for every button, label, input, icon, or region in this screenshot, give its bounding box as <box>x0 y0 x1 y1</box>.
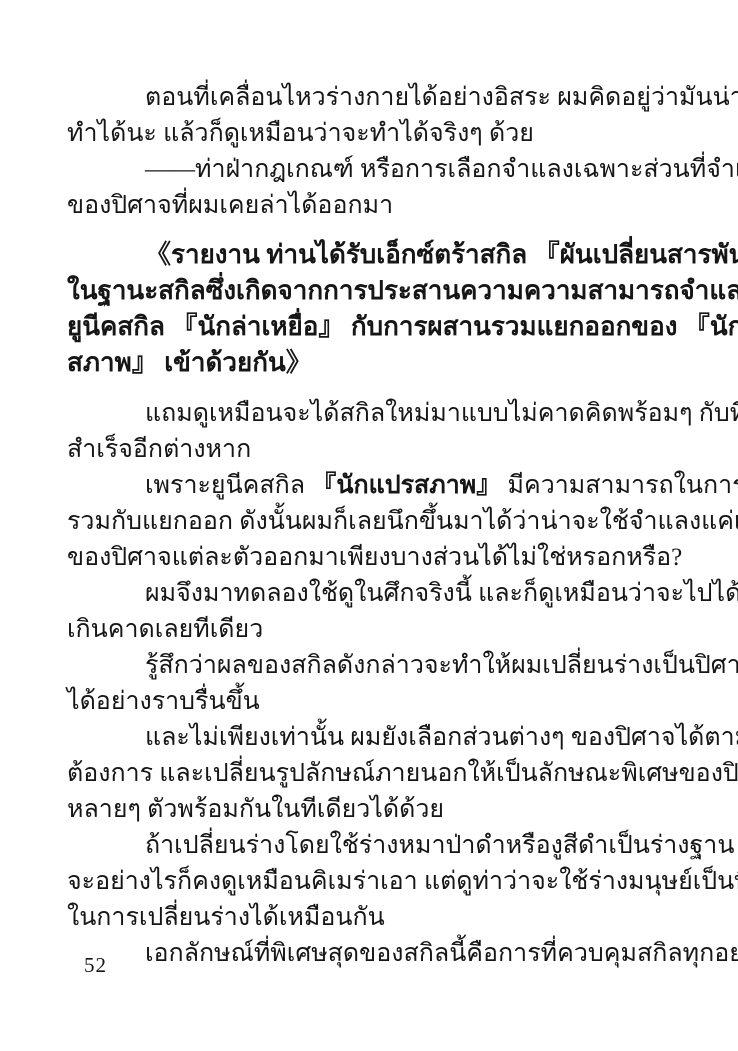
text-segment: เพราะยูนีคสกิล <box>145 472 311 499</box>
text-line: หลายๆ ตัวพร้อมกันในทีเดียวได้ด้วย <box>67 792 656 828</box>
text-segment: และไม่เพียงเท่านั้น ผมยังเลือกส่วนต่างๆ … <box>145 724 738 751</box>
text-segment: หลายๆ ตัวพร้อมกันในทีเดียวได้ด้วย <box>67 796 444 823</box>
text-segment: จะอย่างไรก็คงดูเหมือนคิเมร่าเอา แต่ดูท่า… <box>67 868 738 895</box>
text-line: ในฐานะสกิลซึ่งเกิดจากการประสานความความสา… <box>67 273 656 309</box>
text-line: สภาพ』 เข้าด้วยกัน》 <box>67 345 656 381</box>
text-segment: ตอนที่เคลื่อนไหวร่างกายได้อย่างอิสระ ผมค… <box>145 84 738 111</box>
text-segment: ต้องการ และเปลี่ยนรูปลักษณ์ภายนอกให้เป็น… <box>67 760 738 787</box>
text-line: สำเร็จอีกต่างหาก <box>67 432 656 468</box>
text-segment: เกินคาดเลยทีเดียว <box>67 616 263 643</box>
text-segment: ของปิศาจแต่ละตัวออกมาเพียงบางส่วนได้ไม่ใ… <box>67 544 682 571</box>
paragraph: ผมจึงมาทดลองใช้ดูในศึกจริงนี้ และก็ดูเหม… <box>67 576 656 648</box>
text-segment: แถมดูเหมือนจะได้สกิลใหม่มาแบบไม่คาดคิดพร… <box>145 400 738 427</box>
page-text: ตอนที่เคลื่อนไหวร่างกายได้อย่างอิสระ ผมค… <box>67 80 656 972</box>
paragraph: รู้สึกว่าผลของสกิลดังกล่าวจะทำให้ผมเปลี่… <box>67 648 656 720</box>
paragraph: เอกลักษณ์ที่พิเศษสุดของสกิลนี้คือการที่ค… <box>67 936 656 972</box>
text-line: ถ้าเปลี่ยนร่างโดยใช้ร่างหมาป่าดำหรืองูสี… <box>67 828 656 864</box>
paragraph: และไม่เพียงเท่านั้น ผมยังเลือกส่วนต่างๆ … <box>67 720 656 828</box>
text-line: ตอนที่เคลื่อนไหวร่างกายได้อย่างอิสระ ผมค… <box>67 80 656 116</box>
text-line: ยูนีคสกิล 『นักล่าเหยื่อ』 กับการผสานรวมแย… <box>67 309 656 345</box>
text-segment: ของปิศาจที่ผมเคยล่าได้ออกมา <box>67 192 393 219</box>
paragraph: ——ท่าฝ่ากฎเกณฑ์ หรือการเลือกจำแลงเฉพาะส่… <box>67 152 656 224</box>
paragraph: ตอนที่เคลื่อนไหวร่างกายได้อย่างอิสระ ผมค… <box>67 80 656 152</box>
text-segment: 《รายงาน ท่านได้รับเอ็กซ์ตร้าสกิล 『ผันเปล… <box>145 240 738 269</box>
text-segment: รู้สึกว่าผลของสกิลดังกล่าวจะทำให้ผมเปลี่… <box>145 652 738 679</box>
page-number: 52 <box>84 950 107 980</box>
text-segment: รวมกับแยกออก ดังนั้นผมก็เลยนึกขึ้นมาได้ว… <box>67 508 738 535</box>
text-segment: ——ท่าฝ่ากฎเกณฑ์ หรือการเลือกจำแลงเฉพาะส่… <box>145 156 738 183</box>
text-segment: เอกลักษณ์ที่พิเศษสุดของสกิลนี้คือการที่ค… <box>145 940 738 967</box>
text-line: ทำได้นะ แล้วก็ดูเหมือนว่าจะทำได้จริงๆ ด้… <box>67 116 656 152</box>
text-line: เอกลักษณ์ที่พิเศษสุดของสกิลนี้คือการที่ค… <box>67 936 656 972</box>
text-segment: 『นักแปรสภาพ』 <box>311 472 501 499</box>
text-line: 《รายงาน ท่านได้รับเอ็กซ์ตร้าสกิล 『ผันเปล… <box>67 237 656 273</box>
system-message-block: 《รายงาน ท่านได้รับเอ็กซ์ตร้าสกิล 『ผันเปล… <box>67 237 656 381</box>
text-line: ผมจึงมาทดลองใช้ดูในศึกจริงนี้ และก็ดูเหม… <box>67 576 656 612</box>
text-line: ของปิศาจแต่ละตัวออกมาเพียงบางส่วนได้ไม่ใ… <box>67 540 656 576</box>
text-segment: ในฐานะสกิลซึ่งเกิดจากการประสานความความสา… <box>67 276 738 305</box>
text-segment: ผมจึงมาทดลองใช้ดูในศึกจริงนี้ และก็ดูเหม… <box>145 580 738 607</box>
text-segment: ยูนีคสกิล 『นักล่าเหยื่อ』 กับการผสานรวมแย… <box>67 312 738 341</box>
text-segment: มีความสามารถในการผสาน <box>501 472 738 499</box>
text-line: รวมกับแยกออก ดังนั้นผมก็เลยนึกขึ้นมาได้ว… <box>67 504 656 540</box>
text-line: แถมดูเหมือนจะได้สกิลใหม่มาแบบไม่คาดคิดพร… <box>67 396 656 432</box>
paragraph: เพราะยูนีคสกิล 『นักแปรสภาพ』 มีความสามารถ… <box>67 468 656 576</box>
text-segment: สำเร็จอีกต่างหาก <box>67 436 251 463</box>
text-line: และไม่เพียงเท่านั้น ผมยังเลือกส่วนต่างๆ … <box>67 720 656 756</box>
text-segment: ถ้าเปลี่ยนร่างโดยใช้ร่างหมาป่าดำหรืองูสี… <box>145 832 738 859</box>
text-segment: ในการเปลี่ยนร่างได้เหมือนกัน <box>67 904 385 931</box>
text-line: ได้อย่างราบรื่นขึ้น <box>67 684 656 720</box>
paragraph: ถ้าเปลี่ยนร่างโดยใช้ร่างหมาป่าดำหรืองูสี… <box>67 828 656 936</box>
text-segment: ทำได้นะ แล้วก็ดูเหมือนว่าจะทำได้จริงๆ ด้… <box>67 120 534 147</box>
text-line: เกินคาดเลยทีเดียว <box>67 612 656 648</box>
text-line: ของปิศาจที่ผมเคยล่าได้ออกมา <box>67 188 656 224</box>
text-line: ต้องการ และเปลี่ยนรูปลักษณ์ภายนอกให้เป็น… <box>67 756 656 792</box>
text-line: รู้สึกว่าผลของสกิลดังกล่าวจะทำให้ผมเปลี่… <box>67 648 656 684</box>
text-line: ——ท่าฝ่ากฎเกณฑ์ หรือการเลือกจำแลงเฉพาะส่… <box>67 152 656 188</box>
text-line: เพราะยูนีคสกิล 『นักแปรสภาพ』 มีความสามารถ… <box>67 468 656 504</box>
text-line: ในการเปลี่ยนร่างได้เหมือนกัน <box>67 900 656 936</box>
text-segment: ได้อย่างราบรื่นขึ้น <box>67 688 260 715</box>
text-segment: สภาพ』 เข้าด้วยกัน》 <box>67 348 312 377</box>
book-page: ตอนที่เคลื่อนไหวร่างกายได้อย่างอิสระ ผมค… <box>0 0 738 1051</box>
text-line: จะอย่างไรก็คงดูเหมือนคิเมร่าเอา แต่ดูท่า… <box>67 864 656 900</box>
paragraph: แถมดูเหมือนจะได้สกิลใหม่มาแบบไม่คาดคิดพร… <box>67 396 656 468</box>
